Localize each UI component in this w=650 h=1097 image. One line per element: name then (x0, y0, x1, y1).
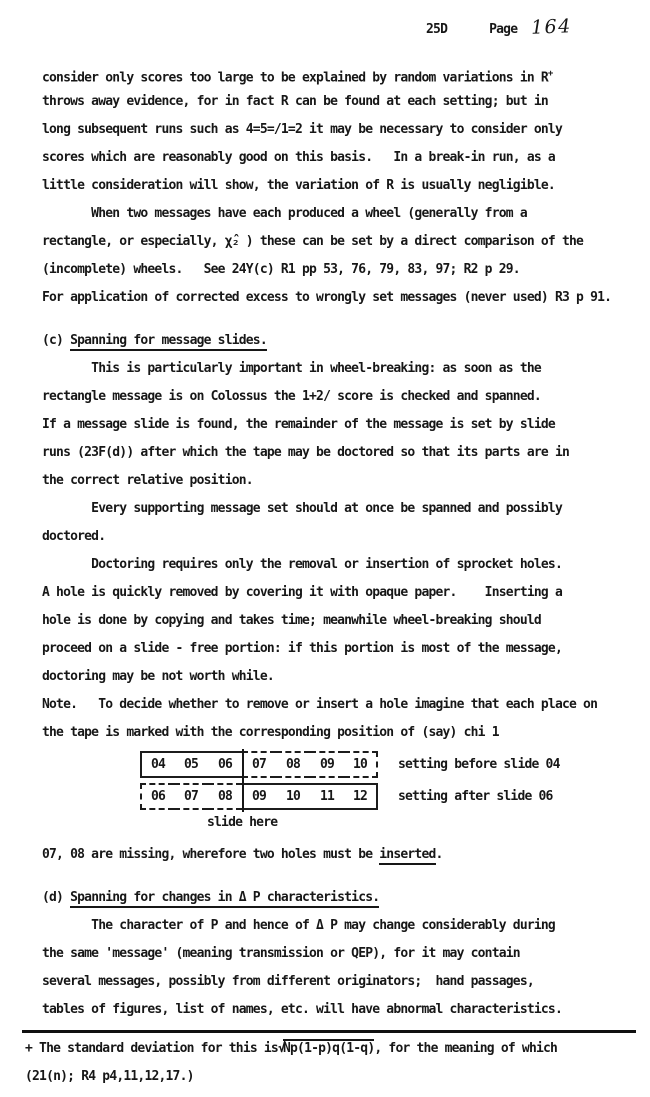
tape-cell: 09 (310, 751, 344, 778)
sqrt-argument: Np(1-p)q(1-q) (283, 1039, 374, 1056)
paragraph-lines: Note. To decide whether to remove or ins… (42, 691, 612, 747)
section-c-heading: (c) Spanning for message slides. (42, 327, 612, 355)
tape-cell: 10 (276, 783, 310, 810)
section-c-note: Note. To decide whether to remove or ins… (42, 691, 612, 747)
tape-row-before: 04050607080910 setting before slide 04 (140, 751, 612, 778)
text-segment: . (436, 847, 443, 862)
text-line: Doctoring requires only the removal or i… (42, 551, 612, 579)
text-line: several messages, possibly from differen… (42, 968, 612, 996)
text-segment: , for the meaning of which (374, 1041, 557, 1056)
tape-cell: 10 (344, 751, 378, 778)
footnote-line-2: (21(n); R4 p4,11,12,17.) (25, 1063, 612, 1091)
text-line: tables of figures, list of names, etc. w… (42, 996, 612, 1024)
text-line: little consideration will show, the vari… (42, 172, 612, 200)
text-line: runs (23F(d)) after which the tape may b… (42, 439, 612, 467)
tape-cell: 06 (208, 751, 242, 778)
paragraph-two-messages: When two messages have each produced a w… (42, 200, 612, 312)
text-line: If a message slide is found, the remaind… (42, 411, 612, 439)
slide-here-label: slide here (207, 810, 612, 836)
footnote-marker-sup: + (548, 69, 553, 79)
section-letter: (d) (42, 890, 70, 905)
text-line: doctoring may be not worth while. (42, 663, 612, 691)
tape-cell: 07 (174, 783, 208, 810)
square-root-expression: √Np(1-p)q(1-q) (278, 1041, 374, 1056)
section-d-paragraph: The character of P and hence of Δ P may … (42, 912, 612, 1024)
tape-cell: 09 (242, 783, 276, 810)
section-title: Spanning for changes in Δ P characterist… (70, 890, 379, 908)
text-line: When two messages have each produced a w… (42, 200, 612, 228)
tape-cell: 11 (310, 783, 344, 810)
row-label-after: setting after slide 06 (398, 789, 553, 804)
slide-table: 04050607080910 setting before slide 04 0… (140, 751, 612, 836)
tape-cell: 04 (140, 751, 174, 778)
footnote-line-1: + The standard deviation for this is√Np(… (25, 1035, 612, 1063)
paragraph-lines: The character of P and hence of Δ P may … (42, 912, 612, 1024)
paragraph-lines: Doctoring requires only the removal or i… (42, 551, 612, 691)
paragraph-lines: When two messages have each produced a w… (42, 200, 612, 312)
paragraph-lines: throws away evidence, for in fact R can … (42, 88, 612, 200)
row-label-before: setting before slide 04 (398, 757, 560, 772)
text-line: hole is done by copying and takes time; … (42, 607, 612, 635)
page-label: Page (489, 22, 517, 37)
tape-cell: 08 (208, 783, 242, 810)
section-ref: 25D (426, 22, 447, 37)
text-line: Every supporting message set should at o… (42, 495, 612, 523)
section-d-heading: (d) Spanning for changes in Δ P characte… (42, 884, 612, 912)
tape-cell: 12 (344, 783, 378, 810)
text-line: doctored. (42, 523, 612, 551)
text-line: proceed on a slide - free portion: if th… (42, 635, 612, 663)
text-segment: + The standard deviation for this is (25, 1041, 278, 1056)
section-c-paragraph-1: This is particularly important in wheel-… (42, 355, 612, 495)
tape-cell: 08 (276, 751, 310, 778)
footnote-rule (22, 1030, 636, 1033)
tape-cells-after: 06070809101112 (140, 783, 378, 810)
emphasized-word: inserted (379, 847, 435, 865)
text-line: The character of P and hence of Δ P may … (42, 912, 612, 940)
text-line: throws away evidence, for in fact R can … (42, 88, 612, 116)
text-line: This is particularly important in wheel-… (42, 355, 612, 383)
document-page: 25D Page 164 consider only scores too la… (0, 0, 650, 1097)
paragraph-lines: This is particularly important in wheel-… (42, 355, 612, 495)
text-line: rectangle message is on Colossus the 1+2… (42, 383, 612, 411)
section-letter: (c) (42, 333, 70, 348)
text-line: the tape is marked with the correspondin… (42, 719, 612, 747)
text-segment: 07, 08 are missing, wherefore two holes … (42, 847, 379, 862)
section-title: Spanning for message slides. (70, 333, 267, 351)
page-number-handwritten: 164 (531, 15, 573, 38)
section-c-paragraph-2: Every supporting message set should at o… (42, 495, 612, 551)
text-line: rectangle, or especially, χ̂₂ ) these ca… (42, 228, 612, 256)
paragraph-intro: consider only scores too large to be exp… (42, 60, 612, 200)
text-line: the same 'message' (meaning transmission… (42, 940, 612, 968)
text-line: long subsequent runs such as 4=5=/1=2 it… (42, 116, 612, 144)
paragraph-lines: Every supporting message set should at o… (42, 495, 612, 551)
text-line: (incomplete) wheels. See 24Y(c) R1 pp 53… (42, 256, 612, 284)
text-segment: consider only scores too large to be exp… (42, 70, 548, 85)
tape-cell: 07 (242, 751, 276, 778)
section-c-paragraph-3: Doctoring requires only the removal or i… (42, 551, 612, 691)
document-body: consider only scores too large to be exp… (42, 60, 612, 1091)
tape-cells-before: 04050607080910 (140, 751, 378, 778)
page-header: 25D Page 164 (42, 16, 612, 40)
tape-cell: 06 (140, 783, 174, 810)
tape-cell: 05 (174, 751, 208, 778)
text-line: For application of corrected excess to w… (42, 284, 612, 312)
tape-row-after: 06070809101112 setting after slide 06 (140, 783, 612, 810)
text-line: the correct relative position. (42, 467, 612, 495)
text-line: A hole is quickly removed by covering it… (42, 579, 612, 607)
text-line: scores which are reasonably good on this… (42, 144, 612, 172)
section-c-conclusion: 07, 08 are missing, wherefore two holes … (42, 841, 612, 869)
slide-divider-line (242, 749, 244, 812)
text-line: Note. To decide whether to remove or ins… (42, 691, 612, 719)
text-line: consider only scores too large to be exp… (42, 60, 612, 88)
